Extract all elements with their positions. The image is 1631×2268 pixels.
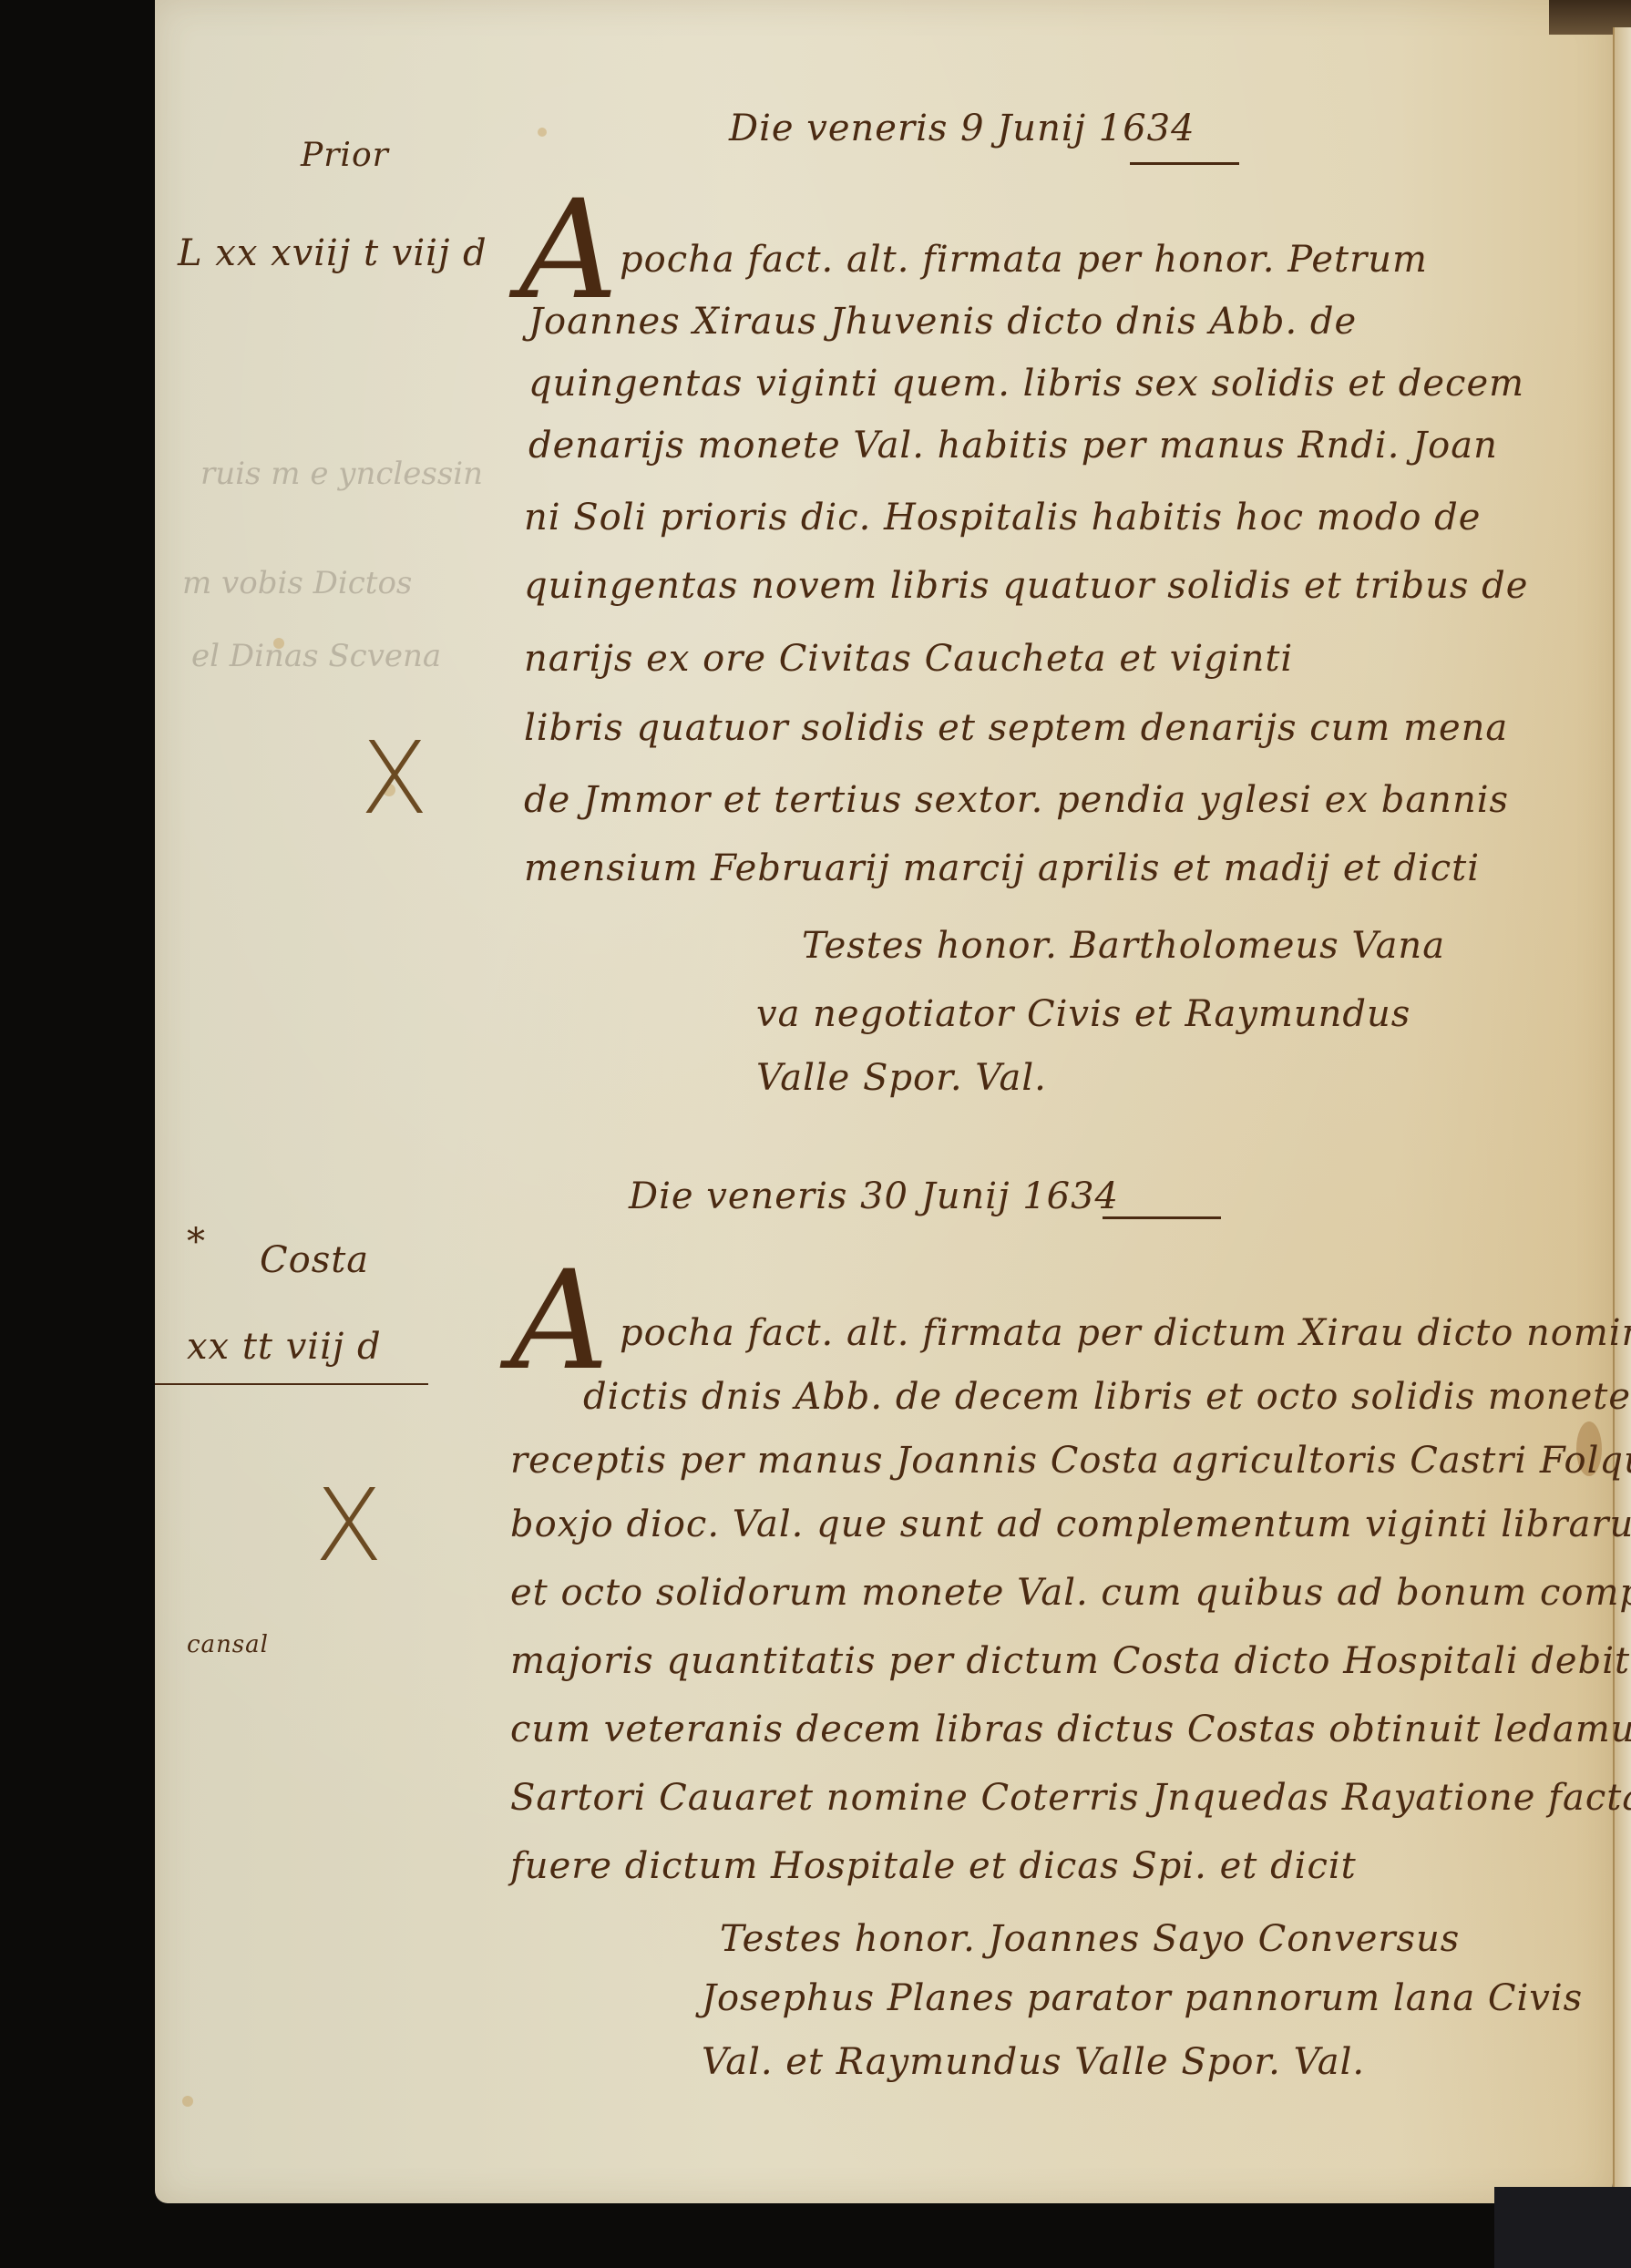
entry2-heading: Die veneris 30 Junij 1634	[629, 1175, 1119, 1217]
entry1-line-10: mensium Februarij marcij aprilis et madi…	[524, 847, 1480, 889]
entry2-witness-3: Val. et Raymundus Valle Spor. Val.	[702, 2041, 1365, 2083]
entry1-line-8: libris quatuor solidis et septem denarij…	[524, 707, 1508, 749]
bleed-through-text: el Dinas Scvena	[191, 638, 441, 674]
entry2-line-8: Sartori Cauaret nomine Coterris Jnquedas…	[510, 1777, 1631, 1819]
entry2-line-7: cum veteranis decem libras dictus Costas…	[510, 1709, 1631, 1750]
entry2-initial: A	[510, 1253, 609, 1390]
entry2-margin-amount: xx tt viij d	[187, 1326, 382, 1368]
page-edge-right	[1613, 27, 1631, 2205]
entry2-margin-star: *	[187, 1221, 206, 1263]
date-underline	[1103, 1216, 1221, 1219]
entry1-line-4: denarijs monete Val. habitis per manus R…	[528, 425, 1498, 467]
entry2-witness-1: Testes honor. Joannes Sayo Conversus	[720, 1918, 1460, 1960]
entry1-cross-mark: X	[360, 720, 428, 836]
entry2-line-9: fuere dictum Hospitale et dicas Spi. et …	[510, 1845, 1357, 1887]
entry2-margin-note: cansal	[187, 1631, 269, 1658]
entry2-margin-name: Costa	[260, 1239, 369, 1281]
date-underline	[1130, 162, 1239, 165]
entry1-line-5: ni Soli prioris dic. Hospitalis habitis …	[524, 497, 1481, 539]
entry2-line-6: majoris quantitatis per dictum Costa dic…	[510, 1640, 1631, 1682]
entry1-witness-1: Testes honor. Bartholomeus Vana	[802, 925, 1445, 967]
entry2-witness-2: Josephus Planes parator pannorum lana Ci…	[702, 1977, 1583, 2019]
entry2-line-1: pocha fact. alt. firmata per dictum Xira…	[620, 1312, 1631, 1354]
foxing-stain	[538, 128, 547, 137]
entry1-line-9: de Jmmor et tertius sextor. pendia ygles…	[524, 779, 1509, 821]
entry2-line-4: boxjo dioc. Val. que sunt ad complementu…	[510, 1503, 1631, 1545]
entry1-witness-2: va negotiator Civis et Raymundus	[756, 993, 1410, 1035]
entry2-cross-mark: X	[314, 1467, 383, 1584]
bleed-through-text: m vobis Dictos	[182, 565, 412, 601]
entry2-date: Die veneris 30 Junij 1634	[629, 1175, 1119, 1217]
entry1-line-7: narijs ex ore Civitas Caucheta et vigint…	[524, 638, 1293, 680]
entry2-line-2: dictis dnis Abb. de decem libris et octo…	[583, 1376, 1631, 1418]
entry1-date: Die veneris 9 Junij 1634	[729, 108, 1195, 149]
entry1-witness-3: Valle Spor. Val.	[756, 1057, 1047, 1099]
entry1-initial: A	[519, 182, 618, 319]
entry2-line-3: receptis per manus Joannis Costa agricul…	[510, 1440, 1631, 1482]
entry1-line-6: quingentas novem libris quatuor solidis …	[524, 565, 1528, 607]
bottom-shadow	[1494, 2187, 1631, 2268]
entry2-line-5: et octo solidorum monete Val. cum quibus…	[510, 1572, 1631, 1614]
entry1-line-2: Joannes Xiraus Jhuvenis dicto dnis Abb. …	[528, 301, 1357, 343]
margin-underline	[155, 1383, 428, 1385]
bleed-through-text: ruis m e ynclessin	[200, 456, 483, 492]
entry1-line-3: quingentas viginti quem. libris sex soli…	[528, 363, 1524, 405]
entry1-margin-name: Prior	[301, 137, 389, 174]
entry1-margin-amount: L xx xviij t viij d	[178, 232, 487, 274]
entry1-heading: Die veneris 9 Junij 1634	[729, 108, 1195, 149]
foxing-stain	[182, 2096, 193, 2107]
entry1-line-1: pocha fact. alt. firmata per honor. Petr…	[620, 239, 1428, 281]
